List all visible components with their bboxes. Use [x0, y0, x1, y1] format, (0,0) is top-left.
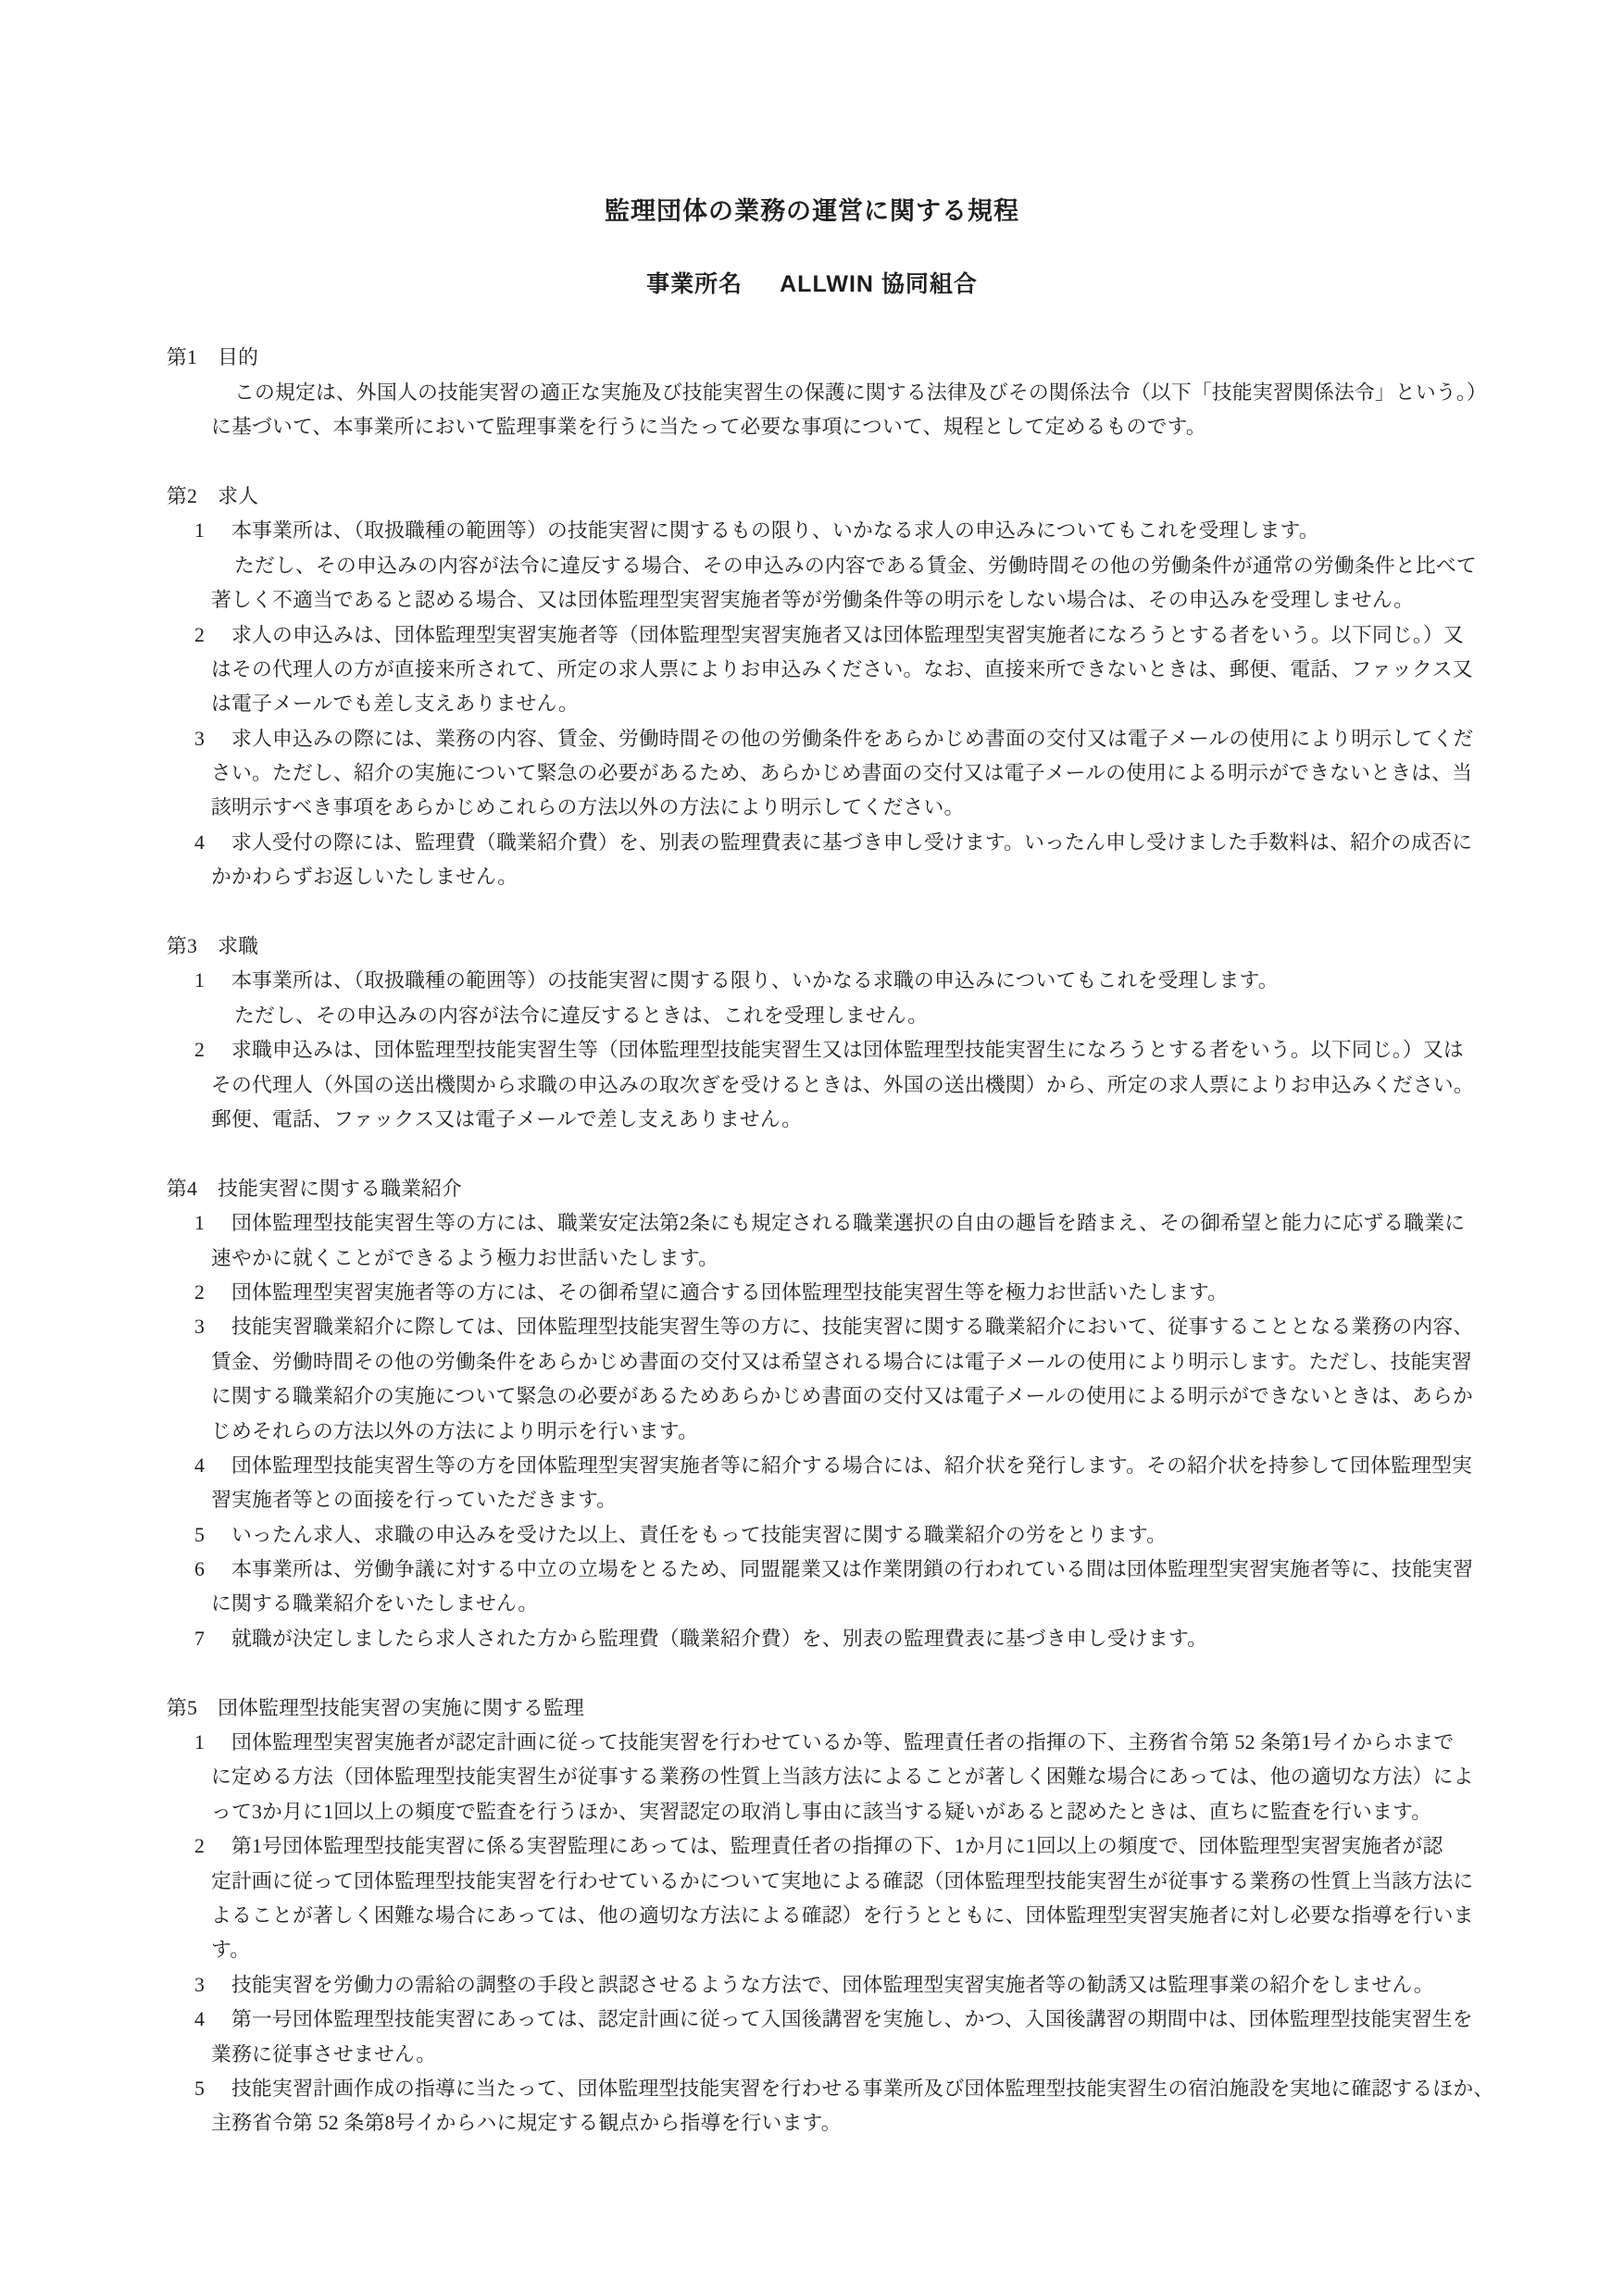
item-text: 求人申込みの際には、業務の内容、賃金、労働時間その他の労働条件をあらかじめ書面の…	[231, 728, 1473, 750]
item-number: 1	[194, 514, 205, 548]
clause-line: ただし、その申込みの内容が法令に違反する場合、その申込みの内容である賃金、労働時…	[167, 549, 1531, 583]
clause-line: 著しく不適当であると認める場合、又は団体監理型実習実施者等が労働条件等の明示をし…	[167, 583, 1531, 618]
item-number: 4	[194, 1449, 205, 1483]
item-text: 団体監理型技能実習生等の方を団体監理型実習実施者等に紹介する場合には、紹介状を発…	[231, 1454, 1472, 1477]
item-number: 1	[194, 964, 205, 998]
section-5: 第5 団体監理型技能実習の実施に関する監理1団体監理型実習実施者が認定計画に従っ…	[167, 1691, 1531, 2141]
item-number: 5	[194, 2072, 205, 2106]
item-number: 2	[194, 1276, 205, 1310]
clause-line: よることが著しく困難な場合にあっては、他の適切な方法による確認）を行うとともに、…	[167, 1899, 1531, 1933]
item-text: 本事業所は、（取扱職種の範囲等）の技能実習に関するもの限り、いかなる求人の申込み…	[231, 519, 1319, 542]
clause-line: は電子メールでも差し支えありません。	[167, 687, 1531, 721]
item-text: 本事業所は、労働争議に対する中立の立場をとるため、同盟罷業又は作業閉鎖の行われて…	[231, 1558, 1473, 1580]
clause-line: に基づいて、本事業所において監理事業を行うに当たって必要な事項について、規程とし…	[167, 410, 1531, 444]
item-number: 7	[194, 1622, 205, 1656]
office-name-label: 事業所名	[646, 271, 743, 297]
clause-line: 2第1号団体監理型技能実習に係る実習監理にあっては、監理責任者の指揮の下、1か月…	[167, 1829, 1531, 1864]
clause-line: 4第一号団体監理型技能実習にあっては、認定計画に従って入国後講習を実施し、かつ、…	[167, 2003, 1531, 2037]
clause-line: はその代理人の方が直接来所されて、所定の求人票によりお申込みください。なお、直接…	[167, 653, 1531, 687]
item-text: 本事業所は、（取扱職種の範囲等）の技能実習に関する限り、いかなる求職の申込みにつ…	[231, 969, 1279, 992]
item-text: 求職申込みは、団体監理型技能実習生等（団体監理型技能実習生又は団体監理型技能実習…	[231, 1039, 1464, 1061]
sections: 第1 目的この規定は、外国人の技能実習の適正な実施及び技能実習生の保護に関する法…	[167, 341, 1531, 2140]
clause-line: 3技能実習職業紹介に際しては、団体監理型技能実習生等の方に、技能実習に関する職業…	[167, 1310, 1531, 1344]
clause-line: 該明示すべき事項をあらかじめこれらの方法以外の方法により明示してください。	[167, 791, 1531, 825]
clause-line: この規定は、外国人の技能実習の適正な実施及び技能実習生の保護に関する法律及びその…	[167, 376, 1531, 410]
item-text: 技能実習職業紹介に際しては、団体監理型技能実習生等の方に、技能実習に関する職業紹…	[231, 1316, 1473, 1338]
section-2: 第2 求人1本事業所は、（取扱職種の範囲等）の技能実習に関するもの限り、いかなる…	[167, 480, 1531, 895]
clause-line: って3か月に1回以上の頻度で監査を行うほか、実習認定の取消し事由に該当する疑いが…	[167, 1795, 1531, 1829]
clause-line: 1本事業所は、（取扱職種の範囲等）の技能実習に関する限り、いかなる求職の申込みに…	[167, 964, 1531, 998]
section-heading: 第2 求人	[167, 480, 1531, 514]
item-text: 求人の申込みは、団体監理型実習実施者等（団体監理型実習実施者又は団体監理型実習実…	[231, 624, 1464, 646]
item-number: 2	[194, 618, 205, 653]
item-text: 求人受付の際には、監理費（職業紹介費）を、別表の監理費表に基づき申し受けます。い…	[231, 831, 1472, 854]
item-text: 第1号団体監理型技能実習に係る実習監理にあっては、監理責任者の指揮の下、1か月に…	[231, 1835, 1443, 1857]
document-subtitle: 事業所名ALLWIN 協同組合	[0, 270, 1624, 298]
item-number: 1	[194, 1206, 205, 1241]
item-text: 技能実習計画作成の指導に当たって、団体監理型技能実習を行わせる事業所及び団体監理…	[231, 2078, 1493, 2100]
clause-line: 3求人申込みの際には、業務の内容、賃金、労働時間その他の労働条件をあらかじめ書面…	[167, 722, 1531, 756]
clause-line: 2求職申込みは、団体監理型技能実習生等（団体監理型技能実習生又は団体監理型技能実…	[167, 1033, 1531, 1067]
clause-line: 6本事業所は、労働争議に対する中立の立場をとるため、同盟罷業又は作業閉鎖の行われ…	[167, 1553, 1531, 1587]
item-number: 5	[194, 1518, 205, 1553]
item-number: 3	[194, 1310, 205, 1344]
clause-line: 4団体監理型技能実習生等の方を団体監理型実習実施者等に紹介する場合には、紹介状を…	[167, 1449, 1531, 1483]
item-number: 4	[194, 826, 205, 860]
item-text: 団体監理型実習実施者が認定計画に従って技能実習を行わせているか等、監理責任者の指…	[231, 1731, 1454, 1753]
clause-line: 2求人の申込みは、団体監理型実習実施者等（団体監理型実習実施者又は団体監理型実習…	[167, 618, 1531, 653]
item-text: いったん求人、求職の申込みを受けた以上、責任をもって技能実習に関する職業紹介の労…	[231, 1524, 1167, 1546]
item-number: 1	[194, 1726, 205, 1760]
section-heading: 第1 目的	[167, 341, 1531, 375]
clause-line: その代理人（外国の送出機関から求職の申込みの取次ぎを受けるときは、外国の送出機関…	[167, 1068, 1531, 1103]
clause-line: に定める方法（団体監理型技能実習生が従事する業務の性質上当該方法によることが著し…	[167, 1760, 1531, 1794]
section-1: 第1 目的この規定は、外国人の技能実習の適正な実施及び技能実習生の保護に関する法…	[167, 341, 1531, 444]
clause-line: 3技能実習を労働力の需給の調整の手段と誤認させるような方法で、団体監理型実習実施…	[167, 1968, 1531, 2003]
item-number: 3	[194, 722, 205, 756]
clause-line: 速やかに就くことができるよう極力お世話いたします。	[167, 1242, 1531, 1276]
section-3: 第3 求職1本事業所は、（取扱職種の範囲等）の技能実習に関する限り、いかなる求職…	[167, 930, 1531, 1137]
item-text: 団体監理型実習実施者等の方には、その御希望に適合する団体監理型技能実習生等を極力…	[231, 1281, 1228, 1304]
section-heading: 第3 求職	[167, 930, 1531, 964]
clause-line: す。	[167, 1933, 1531, 1967]
clause-line: 郵便、電話、ファックス又は電子メールで差し支えありません。	[167, 1103, 1531, 1137]
clause-line: じめそれらの方法以外の方法により明示を行います。	[167, 1415, 1531, 1449]
clause-line: 1団体監理型技能実習生等の方には、職業安定法第2条にも規定される職業選択の自由の…	[167, 1206, 1531, 1241]
item-number: 3	[194, 1968, 205, 2003]
item-text: 技能実習を労働力の需給の調整の手段と誤認させるような方法で、団体監理型実習実施者…	[231, 1974, 1434, 1996]
clause-line: に関する職業紹介をいたしません。	[167, 1587, 1531, 1621]
item-number: 4	[194, 2003, 205, 2037]
clause-line: 4求人受付の際には、監理費（職業紹介費）を、別表の監理費表に基づき申し受けます。…	[167, 826, 1531, 860]
item-number: 2	[194, 1033, 205, 1067]
clause-line: 習実施者等との面接を行っていただきます。	[167, 1483, 1531, 1517]
clause-line: 2団体監理型実習実施者等の方には、その御希望に適合する団体監理型技能実習生等を極…	[167, 1276, 1531, 1310]
clause-line: さい。ただし、紹介の実施について緊急の必要があるため、あらかじめ書面の交付又は電…	[167, 756, 1531, 791]
clause-line: 7就職が決定しましたら求人された方から監理費（職業紹介費）を、別表の監理費表に基…	[167, 1622, 1531, 1656]
clause-line: 1本事業所は、（取扱職種の範囲等）の技能実習に関するもの限り、いかなる求人の申込…	[167, 514, 1531, 548]
clause-line: ただし、その申込みの内容が法令に違反するときは、これを受理しません。	[167, 999, 1531, 1033]
clause-line: 5いったん求人、求職の申込みを受けた以上、責任をもって技能実習に関する職業紹介の…	[167, 1518, 1531, 1553]
clause-line: 定計画に従って団体監理型技能実習を行わせているかについて実地による確認（団体監理…	[167, 1865, 1531, 1899]
item-text: 団体監理型技能実習生等の方には、職業安定法第2条にも規定される職業選択の自由の趣…	[231, 1212, 1465, 1234]
item-number: 6	[194, 1553, 205, 1587]
section-heading: 第4 技能実習に関する職業紹介	[167, 1172, 1531, 1206]
clause-line: 業務に従事させません。	[167, 2038, 1531, 2072]
clause-line: かかわらずお返しいたしません。	[167, 860, 1531, 894]
item-text: 就職が決定しましたら求人された方から監理費（職業紹介費）を、別表の監理費表に基づ…	[231, 1628, 1207, 1650]
clause-line: 1団体監理型実習実施者が認定計画に従って技能実習を行わせているか等、監理責任者の…	[167, 1726, 1531, 1760]
clause-line: 主務省令第 52 条第8号イからハに規定する観点から指導を行います。	[167, 2106, 1531, 2140]
item-text: 第一号団体監理型技能実習にあっては、認定計画に従って入国後講習を実施し、かつ、入…	[231, 2008, 1473, 2030]
clause-line: に関する職業紹介の実施について緊急の必要があるためあらかじめ書面の交付又は電子メ…	[167, 1379, 1531, 1414]
section-4: 第4 技能実習に関する職業紹介1団体監理型技能実習生等の方には、職業安定法第2条…	[167, 1172, 1531, 1656]
item-number: 2	[194, 1829, 205, 1864]
document-title: 監理団体の業務の運営に関する規程	[0, 196, 1624, 226]
office-name-value: ALLWIN 協同組合	[780, 271, 978, 297]
section-heading: 第5 団体監理型技能実習の実施に関する監理	[167, 1691, 1531, 1726]
clause-line: 賃金、労働時間その他の労働条件をあらかじめ書面の交付又は希望される場合には電子メ…	[167, 1345, 1531, 1379]
clause-line: 5技能実習計画作成の指導に当たって、団体監理型技能実習を行わせる事業所及び団体監…	[167, 2072, 1531, 2106]
document-page: 監理団体の業務の運営に関する規程 事業所名ALLWIN 協同組合 第1 目的この…	[0, 0, 1624, 2296]
